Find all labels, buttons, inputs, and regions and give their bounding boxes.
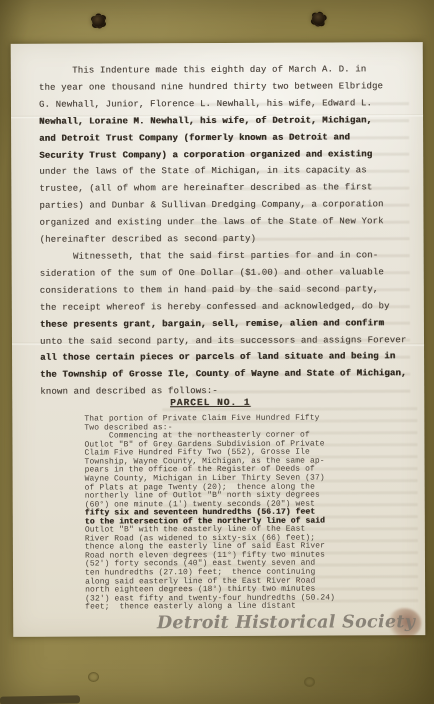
text-line: Security Trust Company) a corporation or… [39, 146, 409, 165]
text-line: the receipt whereof is hereby confessed … [40, 298, 410, 317]
text-line: the year one thousand nine hundred thirt… [39, 78, 409, 97]
text-line: sideration of the sum of One Dollar ($1.… [40, 264, 410, 283]
opening-paragraph: This Indenture made this eighth day of M… [39, 61, 410, 249]
watermark: Detroit Historical Society [157, 612, 415, 633]
text-line: This Indenture made this eighth day of M… [39, 61, 409, 80]
typewritten-text: This Indenture made this eighth day of M… [11, 42, 425, 612]
text-line: under the laws of the State of Michigan,… [39, 163, 409, 182]
text-line: (hereinafter described as second party) [40, 230, 410, 249]
text-line: trustee, (all of whom are hereinafter de… [39, 180, 409, 199]
text-line: the Township of Grosse Ile, County of Wa… [40, 365, 410, 384]
text-line: these presents grant, bargain, sell, rem… [40, 315, 410, 334]
text-line: Newhall, Loraine M. Newhall, his wife, o… [39, 112, 409, 131]
text-line: all those certain pieces or parcels of l… [40, 349, 410, 368]
parcel-description: That portion of Private Claim Five Hundr… [84, 414, 411, 612]
text-line: feet; thence easterly along a line dista… [85, 602, 411, 612]
text-line: organized and existing under the laws of… [39, 213, 409, 232]
text-line: and Detroit Trust Company (formerly know… [39, 129, 409, 148]
rivet-mark [304, 677, 315, 687]
brad-fastener-icon [310, 11, 326, 27]
document-page: This Indenture made this eighth day of M… [11, 42, 426, 637]
text-line: Witnesseth, that the said first parties … [40, 247, 410, 266]
text-line: G. Newhall, Junior, Florence L. Newhall,… [39, 95, 409, 114]
text-line: unto the said second party, and its succ… [40, 332, 410, 351]
scanned-document-photo: This Indenture made this eighth day of M… [0, 0, 434, 704]
rivet-mark [88, 672, 99, 682]
edge-smudge [0, 695, 80, 704]
witnesseth-paragraph: Witnesseth, that the said first parties … [40, 247, 411, 401]
brad-fastener-icon [92, 15, 105, 27]
text-line: parties) and Dunbar & Sullivan Dredging … [39, 196, 409, 215]
text-line: considerations to them in hand paid by t… [40, 281, 410, 300]
